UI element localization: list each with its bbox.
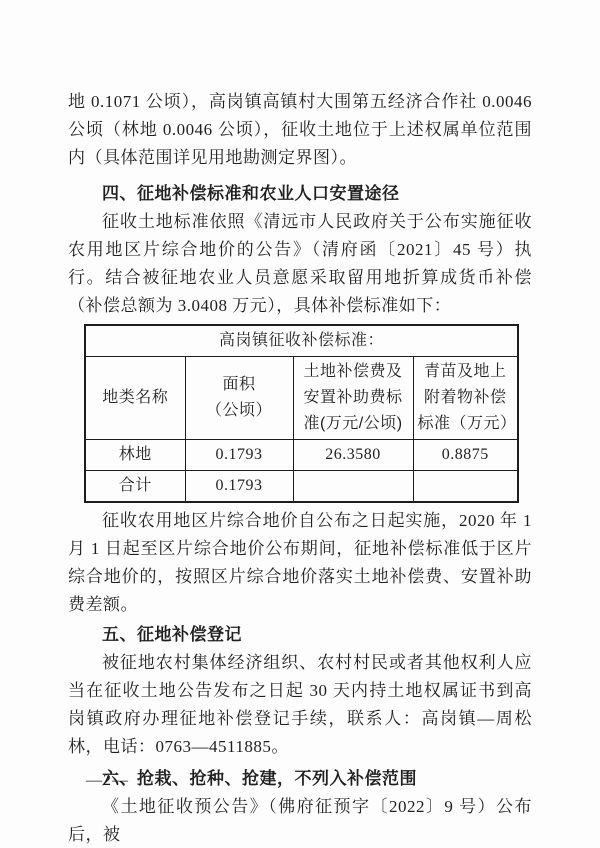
section6-paragraph-1: 《土地征收预公告》（佛府征预字〔2022〕9 号）公布后，被 xyxy=(68,793,532,848)
table-header-row: 地类名称 面积 （公顷） 土地补偿费及 安置补助费标 准(万元/公顷) 青苗及地… xyxy=(85,357,518,440)
header-land-fee: 土地补偿费及 安置补助费标 准(万元/公顷) xyxy=(293,357,413,440)
header-crops-fee: 青苗及地上 附着物补偿 标准（万元） xyxy=(413,357,518,440)
page-number: —2— xyxy=(86,772,129,790)
cell-land-type: 林地 xyxy=(85,440,185,471)
cell-land-fee xyxy=(293,471,413,503)
table-row-total: 合计 0.1793 xyxy=(85,471,518,503)
document-page: 地 0.1071 公顷），高岗镇高镇村大围第五经济合作社 0.0046 公顷（林… xyxy=(0,0,600,848)
table-title: 高岗镇征收补偿标准： xyxy=(85,325,518,357)
cell-crops-fee: 0.8875 xyxy=(413,440,518,471)
cell-land-type: 合计 xyxy=(85,471,185,503)
section5-heading: 五、征地补偿登记 xyxy=(68,621,532,649)
table-title-row: 高岗镇征收补偿标准： xyxy=(85,325,518,357)
section6-heading: 六、抢栽、抢种、抢建，不列入补偿范围 xyxy=(68,765,532,793)
section5-paragraph-1: 被征地农村集体经济组织、农村村民或者其他权利人应当在征收土地公告发布之日起 30… xyxy=(68,649,532,761)
section4-paragraph-2: 征收农用地区片综合地价自公布之日起实施，2020 年 1 月 1 日起至区片综合… xyxy=(68,507,532,619)
header-area: 面积 （公顷） xyxy=(185,357,293,440)
cell-land-fee: 26.3580 xyxy=(293,440,413,471)
section4-heading: 四、征地补偿标准和农业人口安置途径 xyxy=(68,180,532,208)
document-content: 地 0.1071 公顷），高岗镇高镇村大围第五经济合作社 0.0046 公顷（林… xyxy=(68,88,532,848)
cell-crops-fee xyxy=(413,471,518,503)
compensation-table: 高岗镇征收补偿标准： 地类名称 面积 （公顷） 土地补偿费及 安置补助费标 准(… xyxy=(84,324,519,503)
paragraph-continuation: 地 0.1071 公顷），高岗镇高镇村大围第五经济合作社 0.0046 公顷（林… xyxy=(68,88,532,172)
header-land-type: 地类名称 xyxy=(85,357,185,440)
section4-paragraph-1: 征收土地标准依照《清远市人民政府关于公布实施征收农用地区片综合地价的公告》（清府… xyxy=(68,208,532,320)
table-row-forest: 林地 0.1793 26.3580 0.8875 xyxy=(85,440,518,471)
cell-area: 0.1793 xyxy=(185,440,293,471)
cell-area: 0.1793 xyxy=(185,471,293,503)
